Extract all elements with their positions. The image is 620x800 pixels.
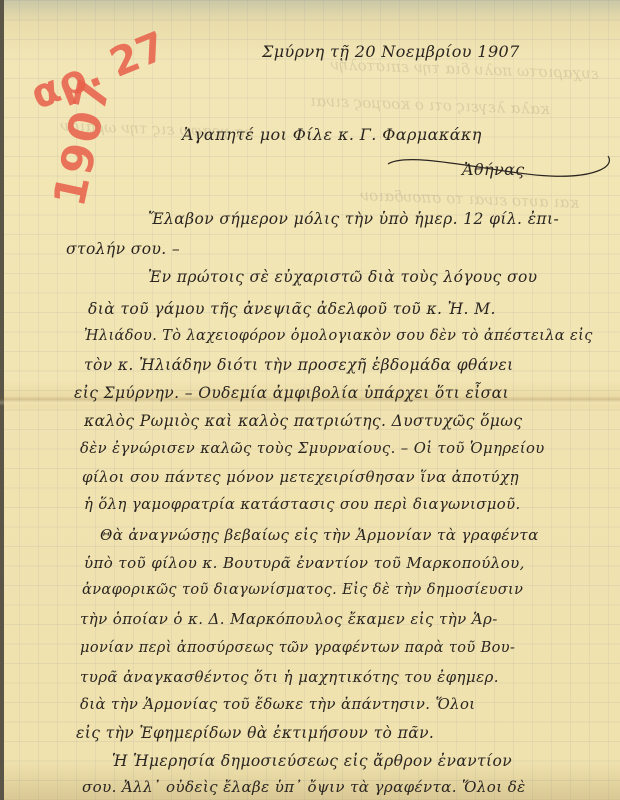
letter-line: τὴν ὁποίαν ὁ κ. Δ. Μαρκόπουλος ἔκαμεν εἰ… bbox=[80, 610, 498, 628]
letter-line: μονίαν περὶ ἀποσύρσεως τῶν γραφέντων παρ… bbox=[80, 640, 515, 656]
scanned-letter-page: ευχαριστω πολυ δια την επιστολην καλα λε… bbox=[0, 0, 620, 800]
letter-line: Ἔλαβον σήμερον μόλις τὴν ὑπὸ ἡμερ. 12 φί… bbox=[148, 210, 559, 228]
letter-line: στολήν σου. – bbox=[66, 240, 180, 258]
letter-line: σου. Ἀλλ᾽ οὐδεὶς ἔλαβε ὑπ᾽ ὄψιν τὰ γραφέ… bbox=[82, 778, 526, 796]
letter-line: διὰ τοῦ γάμου τῆς ἀνεψιᾶς ἀδελφοῦ τοῦ κ.… bbox=[88, 300, 496, 318]
letter-line: δὲν ἐγνώρισεν καλῶς τοὺς Σμυρναίους. – Ο… bbox=[80, 440, 545, 457]
signature-flourish bbox=[380, 150, 620, 190]
letter-line: εἰς τὴν Ἐφημερίδων θὰ ἐκτιμήσουν τὸ πᾶν. bbox=[76, 724, 434, 742]
letter-line: καλὸς Ρωμιὸς καὶ καλὸς πατριώτης. Δυστυχ… bbox=[84, 412, 522, 430]
bleed-through-text: καλα λεγεις οτι ο κοσμος ειναι bbox=[310, 92, 550, 118]
letter-line: φίλοι σου πάντες μόνον μετεχειρίσθησαν ἵ… bbox=[82, 468, 519, 486]
letter-line: εἰς Σμύρνην. – Ουδεμία ἀμφιβολία ὑπάρχει… bbox=[74, 384, 509, 402]
letter-line: Θὰ ἀναγνώσῃς βεβαίως εἰς τὴν Ἁρμονίαν τὰ… bbox=[100, 526, 539, 544]
letter-line: ἀναφορικῶς τοῦ διαγωνίσματος. Εἰς δὲ τὴν… bbox=[82, 582, 523, 598]
letter-line: Ἐν πρώτοις σὲ εὐχαριστῶ διὰ τοὺς λόγους … bbox=[148, 268, 538, 286]
letter-line: διὰ τὴν Ἁρμονίας τοῦ ἔδωκε τὴν ἀπάντησιν… bbox=[80, 696, 475, 713]
letter-line: ἡ ὅλη γαμοφρατρία κατάστασις σου περὶ δι… bbox=[84, 496, 521, 513]
letter-line: τυρᾶ ἀναγκασθέντος ὅτι ἡ μαχητικότης του… bbox=[80, 668, 499, 686]
letter-line: Ἠλιάδου. Τὸ λαχειοφόρον ὁμολογιακὸν σου … bbox=[84, 328, 593, 344]
bleed-through-text: και αυτο ειναι το σπουδαιον bbox=[360, 186, 580, 212]
letter-line: τὸν κ. Ἠλιάδην διότι τὴν προσεχῆ ἑβδομάδ… bbox=[84, 356, 514, 374]
salutation-line: Ἀγαπητέ μοι Φίλε κ. Γ. Φαρμακάκη bbox=[182, 125, 482, 144]
place-date-line: Σμύρνη τῇ 20 Νοεμβρίου 1907 bbox=[262, 42, 520, 61]
letter-line: ὑπὸ τοῦ φίλου κ. Βουτυρᾶ ἐναντίον τοῦ Μα… bbox=[84, 554, 525, 572]
letter-line: Ἡ Ἡμερησία δημοσιεύσεως εἰς ἄρθρον ἐναντ… bbox=[112, 752, 512, 770]
